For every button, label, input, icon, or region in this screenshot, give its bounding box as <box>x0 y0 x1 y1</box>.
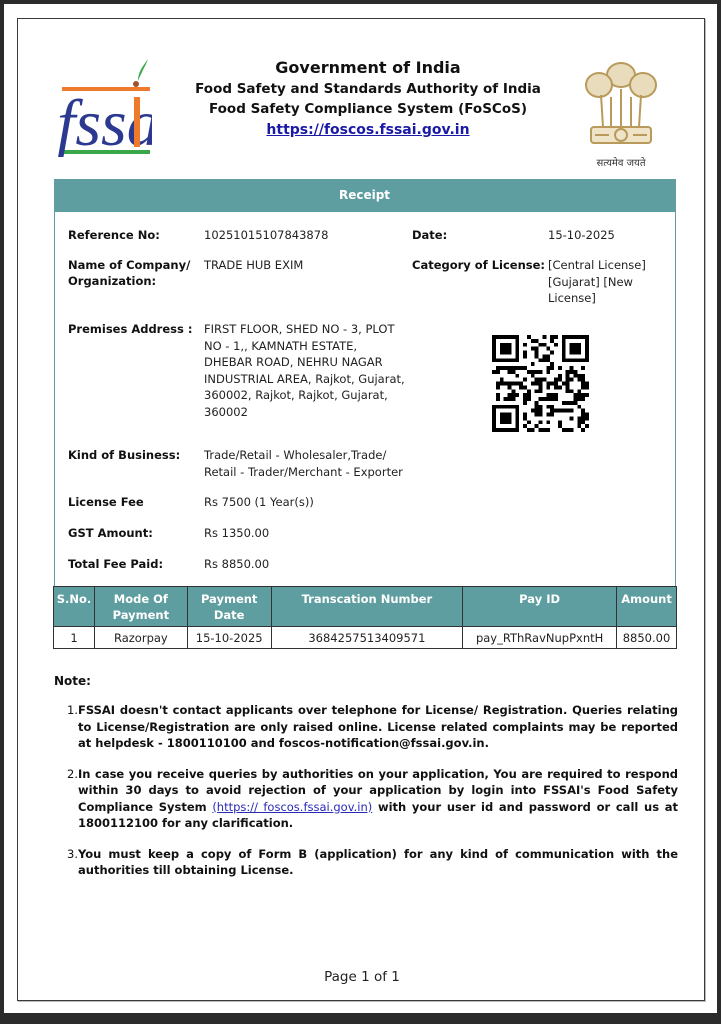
note-item: 3. You must keep a copy of Form B (appli… <box>78 846 678 879</box>
receipt-page: fssai Government of India Food Safety an… <box>17 18 705 1001</box>
reference-value: 10251015107843878 <box>204 227 328 244</box>
note-item: 1. FSSAI doesn't contact applicants over… <box>78 702 678 752</box>
premises-value: FIRST FLOOR, SHED NO - 3, PLOT NO - 1,, … <box>204 321 409 420</box>
emblem-motto: सत्यमेव जयते <box>581 155 661 169</box>
receipt-heading: Receipt <box>54 179 676 212</box>
header-authority: Food Safety and Standards Authority of I… <box>168 79 568 99</box>
header-system: Food Safety Compliance System (FoSCoS) <box>168 99 568 119</box>
note-number: 2. <box>67 766 78 783</box>
col-mode: Mode Of Payment <box>94 587 187 627</box>
col-transaction: Transcation Number <box>271 587 463 627</box>
receipt-details: Receipt Reference No: 10251015107843878 … <box>54 179 676 587</box>
lion-capital-icon <box>581 55 661 153</box>
cell-transaction: 3684257513409571 <box>271 627 463 649</box>
reference-label: Reference No: <box>68 227 160 243</box>
note-text: You must keep a copy of Form B (applicat… <box>78 847 678 878</box>
company-label: Name of Company/ Organization: <box>68 257 193 289</box>
col-sno: S.No. <box>54 587 95 627</box>
col-payid: Pay ID <box>463 587 617 627</box>
payment-table-header: S.No. Mode Of Payment Payment Date Trans… <box>54 587 677 627</box>
notes-title: Note: <box>54 674 91 688</box>
document-paper: fssai Government of India Food Safety an… <box>4 4 717 1013</box>
premises-label: Premises Address : <box>68 321 192 337</box>
license-fee-value: Rs 7500 (1 Year(s)) <box>204 494 314 511</box>
payment-table: S.No. Mode Of Payment Payment Date Trans… <box>53 586 677 649</box>
total-value: Rs 8850.00 <box>204 556 269 573</box>
note-item: 2. In case you receive queries by author… <box>78 766 678 832</box>
col-amount: Amount <box>617 587 677 627</box>
qr-code <box>492 335 589 432</box>
category-value: [Central License] [Gujarat] [New License… <box>548 257 653 307</box>
cell-payid: pay_RThRavNupPxntH <box>463 627 617 649</box>
header-title: Government of India <box>168 57 568 79</box>
cell-date: 15-10-2025 <box>187 627 271 649</box>
note-number: 3. <box>67 846 78 863</box>
total-label: Total Fee Paid: <box>68 556 163 572</box>
category-label: Category of License: <box>412 257 545 273</box>
table-row: 1 Razorpay 15-10-2025 3684257513409571 p… <box>54 627 677 649</box>
business-value: Trade/Retail - Wholesaler,Trade/ Retail … <box>204 447 414 480</box>
foscos-link[interactable]: https://foscos.fssai.gov.in <box>266 119 469 141</box>
cell-mode: Razorpay <box>94 627 187 649</box>
fssai-logo: fssai <box>52 57 152 157</box>
note-text: FSSAI doesn't contact applicants over te… <box>78 703 678 750</box>
note-number: 1. <box>67 702 78 719</box>
notes-list: 1. FSSAI doesn't contact applicants over… <box>78 702 678 893</box>
state-emblem: सत्यमेव जयते <box>581 55 661 175</box>
date-label: Date: <box>412 227 447 243</box>
page-number: Page 1 of 1 <box>18 969 706 985</box>
col-date: Payment Date <box>187 587 271 627</box>
cell-amount: 8850.00 <box>617 627 677 649</box>
cell-sno: 1 <box>54 627 95 649</box>
foscos-note-link[interactable]: (https:// foscos.fssai.gov.in) <box>212 800 372 814</box>
business-label: Kind of Business: <box>68 447 180 463</box>
company-value: TRADE HUB EXIM <box>204 257 303 274</box>
gst-label: GST Amount: <box>68 525 153 541</box>
date-value: 15-10-2025 <box>548 227 615 244</box>
gst-value: Rs 1350.00 <box>204 525 269 542</box>
license-fee-label: License Fee <box>68 494 144 510</box>
document-header: Government of India Food Safety and Stan… <box>168 57 568 141</box>
